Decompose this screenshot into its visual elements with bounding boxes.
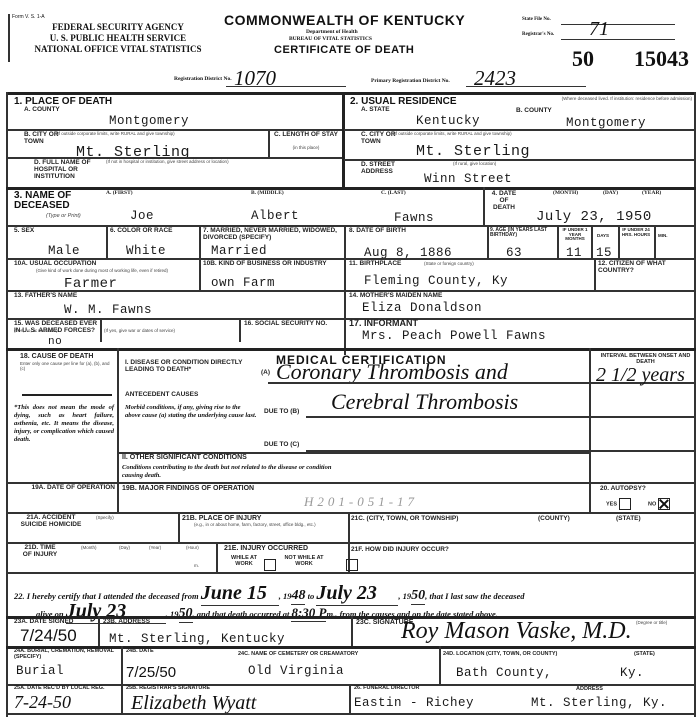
cemetery-value: Old Virginia [248,664,344,678]
death-time: 8:30 P [291,605,326,622]
how-injury-label: 21f. HOW DID INJURY OCCUR? [351,547,449,554]
age-label: 9. AGE (In years last birthday) [490,228,548,239]
burial-state-label: (State) [634,652,655,658]
while-at-work-checkbox[interactable] [264,559,276,571]
cause-line-b: Cerebral Thrombosis [331,389,518,415]
divider [216,542,218,572]
residence-note: (Where deceased lived. If institution: r… [466,97,692,102]
registrar-signature: Elizabeth Wyatt [131,692,256,715]
operation-date-label: 19a. DATE OF OPERATION [20,485,115,492]
address-label: 23b. ADDRESS [103,619,150,626]
divider [594,258,596,290]
divider [199,258,201,290]
divider [117,482,119,512]
injury-hour-label: (Hour) [186,546,199,551]
divider [178,512,180,542]
agency-line: NATIONAL OFFICE VITAL STATISTICS [28,44,208,55]
occupation-note: (Give kind of work done during most of w… [36,269,196,274]
res-state-label: a. STATE [361,107,390,114]
date-of-death-label: 4. DATE OF DEATH [488,191,520,211]
degree-label: (Degree or title) [636,621,667,626]
res-county-value: Montgomery [566,116,646,130]
divider [439,646,441,684]
operation-code: H201-051-17 [304,494,418,510]
registrar-signature-label: 25b. REGISTRAR'S SIGNATURE [126,686,210,692]
pod-city-note: (If outside corporate limits, write RURA… [56,132,266,137]
cause-footnote: *This does not mean the mode of dying, s… [14,404,114,444]
injury-city-label: 21c. (CITY, TOWN, OR TOWNSHIP) [351,516,458,523]
mother-value: Eliza Donaldson [362,301,482,315]
burial-state-value: Ky. [620,666,644,680]
divider [98,616,100,646]
sex-label: 5. SEX [14,228,34,235]
death-certificate: Form V. S. 1-A FEDERAL SECURITY AGENCY U… [6,4,700,717]
address-value: Mt. Sterling, Kentucky [109,632,285,646]
divider [351,616,353,646]
interval-line-a: 2 1/2 years [596,364,685,387]
middle-name-label: b. (Middle) [251,191,284,197]
burial-type-label: 24a. BURIAL, CREMATION, REMOVAL (Specify… [14,649,119,661]
injury-year-label: (Year) [149,546,161,551]
due-to-b-label: DUE TO (b) [264,409,299,416]
while-at-work-label: WHILE AT WORK [224,556,264,568]
divider [487,225,489,258]
not-while-at-work-label: NOT WHILE AT WORK [278,556,330,568]
res-city-note: (If outside corporate limits, write RURA… [393,132,663,137]
alive-year: 50 [179,606,193,623]
line-a-label: (a) [261,370,270,377]
armed-note-a: (Yes, no, or unknown) [14,329,102,334]
business-label: 10b. KIND OF BUSINESS OR INDUSTRY [203,261,341,268]
operation-findings-label: 19b. MAJOR FINDINGS OF OPERATION [122,485,254,492]
cemetery-label: 24c. NAME OF CEMETERY OR CREAMATORY [238,652,358,658]
dod-year-label: (Year) [642,191,661,197]
father-value: W. M. Fawns [64,303,152,317]
res-street-label: d. STREET ADDRESS [361,162,406,176]
pod-county-value: Montgomery [109,114,189,128]
agency-line: FEDERAL SECURITY AGENCY [28,22,208,33]
state-file-line [561,24,675,25]
dod-month-label: (Month) [553,191,578,197]
disease-label: I. DISEASE OR CONDITION DIRECTLY LEADING… [125,360,255,374]
divider [349,684,351,714]
state-file-label: State File No. [522,17,551,22]
page-title: COMMONWEALTH OF KENTUCKY [224,12,465,28]
marital-value: Married [211,244,267,258]
injury-county-label: (COUNTY) [538,516,570,523]
registration-district-label: Registration District No. [174,76,232,82]
department-label: Department of Health [306,29,358,35]
dod-day-label: (Day) [603,191,618,197]
burial-type-value: Burial [16,664,64,678]
father-label: 13. FATHER'S NAME [14,293,77,300]
registration-district-value: 1070 [234,66,276,91]
divider [117,348,119,483]
birthplace-note: (State or foreign country) [424,262,474,267]
divider [199,225,201,258]
registrar-no-line [561,39,675,40]
burial-location-value: Bath County, [456,666,552,680]
burial-date-label: 24b. DATE [126,649,154,655]
res-street-value: Winn Street [424,172,512,186]
date-received-label: 25a. DATE REC'D BY LOCAL REG. [14,686,105,692]
res-county-label: b. COUNTY [516,108,552,115]
funeral-director-label: 26. FUNERAL DIRECTOR [354,686,420,692]
last-name-value: Fawns [394,211,434,225]
divider [589,482,591,512]
autopsy-yes-checkbox[interactable] [619,498,631,510]
color-race-label: 6. COLOR OR RACE [110,228,172,235]
accident-note: (Specify) [96,516,114,521]
top-border [6,92,696,95]
antecedent-note: Morbid conditions, if any, giving rise t… [125,404,257,420]
middle-name-value: Albert [251,209,299,223]
divider [22,394,112,396]
cause-note: Enter only one cause per line for (a), (… [20,362,112,371]
divider [268,129,270,157]
divider [6,713,694,715]
autopsy-label: 20. AUTOPSY? [600,486,646,493]
due-to-c-label: DUE TO (c) [264,442,299,449]
length-of-stay-label: c. LENGTH OF STAY [272,132,340,139]
occupation-label: 10a. USUAL OCCUPATION [14,261,96,268]
hospital-note: (If not in hospital or institution, give… [106,160,336,165]
other-conditions-note: Conditions contributing to the death but… [122,464,332,480]
age-months-label: If Under 1 Year Months [559,228,591,242]
autopsy-no-label: NO [648,501,656,507]
length-of-stay-note: (in this place) [272,146,340,151]
accident-label: 21a. ACCIDENT SUICIDE HOMICIDE [20,515,82,529]
registrar-no-label: Registrar's No. [522,32,554,37]
director-address-value: Mt. Sterling, Ky. [531,696,667,710]
injury-month-label: (Month) [81,546,97,551]
autopsy-no-checkbox[interactable] [658,498,670,510]
informant-label: 17. INFORMANT [349,319,418,328]
birthplace-value: Fleming County, Ky [364,274,508,288]
director-address-label: ADDRESS [576,687,603,693]
first-name-label: a. (First) [106,191,133,197]
mother-label: 14. MOTHER'S MAIDEN NAME [349,293,442,300]
first-name-value: Joe [130,209,154,223]
divider [121,646,123,714]
birthplace-label: 11. BIRTHPLACE [349,261,401,268]
stamp-number: 15043 [634,46,689,72]
agency-block: FEDERAL SECURITY AGENCY U. S. PUBLIC HEA… [28,22,208,55]
res-state-value: Kentucky [416,114,480,128]
autopsy-yes-label: YES [606,501,617,507]
divider [654,225,656,258]
pod-county-label: a. COUNTY [24,107,60,114]
marital-label: 7. MARRIED, NEVER MARRIED, WIDOWED, DIVO… [203,228,343,242]
stamp-volume: 50 [572,46,594,72]
agency-line: U. S. PUBLIC HEALTH SERVICE [28,33,208,44]
divider [106,225,108,258]
funeral-director-value: Eastin - Richey [354,696,474,710]
date-of-death-value: July 23, 1950 [536,209,652,225]
antecedent-label: ANTECEDENT CAUSES [125,392,198,399]
color-race-value: White [126,244,166,258]
date-signed-value: 7/24/50 [20,626,77,646]
divider [344,159,694,161]
date-signed-label: 23a. DATE SIGNED [14,619,73,626]
injury-state-label: (STATE) [616,516,641,523]
primary-district-value: 2423 [474,66,516,91]
divider [239,318,241,342]
injury-m-label: m. [194,564,199,569]
injury-occurred-label: 21e. INJURY OCCURRED [224,545,308,552]
informant-value: Mrs. Peach Powell Fawns [362,329,546,343]
primary-district-label: Primary Registration District No. [371,78,450,84]
frame-middle-top [342,92,345,187]
autopsy-yes-option[interactable]: YES [606,498,631,510]
left-margin-line [8,14,10,62]
citizen-label: 12. CITIZEN OF WHAT COUNTRY? [598,261,693,275]
divider [6,512,694,514]
registrar-no-value: 71 [589,18,609,41]
frame-right [694,92,696,717]
divider [6,348,696,351]
res-street-note: (If rural, give location) [453,162,496,167]
business-value: own Farm [211,276,275,290]
burial-location-label: 24d. LOCATION (City, town, or county) [443,652,557,658]
sex-value: Male [48,244,80,258]
frame-left [6,92,8,717]
certificate-title: CERTIFICATE OF DEATH [274,44,414,56]
name-of-deceased-label: 3. NAME OF DECEASED [14,191,104,211]
divider [483,187,485,225]
not-while-at-work-checkbox[interactable] [346,559,358,571]
date-received-value: 7-24-50 [14,692,71,713]
dob-label: 8. DATE OF BIRTH [349,228,406,235]
hospital-label: d. FULL NAME OF HOSPITAL OR INSTITUTION [34,160,99,180]
res-city-value: Mt. Sterling [416,143,530,160]
armed-note-b: (If yes, give war or dates of service) [104,329,234,334]
injury-day-label: (Day) [119,546,130,551]
bureau-label: BUREAU OF VITAL STATISTICS [289,36,372,42]
time-of-injury-label: 21d. TIME OF INJURY [20,545,60,559]
age-min-label: Min. [658,234,668,239]
armed-forces-value: no [48,336,62,348]
age-days-label: Days [593,234,613,239]
other-conditions-label: II. OTHER SIGNIFICANT CONDITIONS [122,454,247,461]
ssn-label: 16. SOCIAL SECURITY NO. [244,321,340,328]
divider [591,225,593,258]
age-hours-label: If Under 24 Hrs. Hours [620,228,652,237]
cause-of-death-label: 18. CAUSE OF DEATH [20,353,93,360]
physician-signature: Roy Mason Vaske, M.D. [401,618,632,645]
autopsy-no-option[interactable]: NO [648,498,670,510]
divider [6,572,694,574]
place-of-injury-note: (e.g., in or about home, farm, factory, … [194,523,344,528]
last-name-label: c. (Last) [381,191,406,197]
name-type-note: (Type or Print) [46,214,81,220]
divider [100,318,102,342]
divider [6,542,694,544]
burial-date-value: 7/25/50 [126,664,176,681]
form-number: Form V. S. 1-A [12,14,45,20]
divider [306,416,694,418]
